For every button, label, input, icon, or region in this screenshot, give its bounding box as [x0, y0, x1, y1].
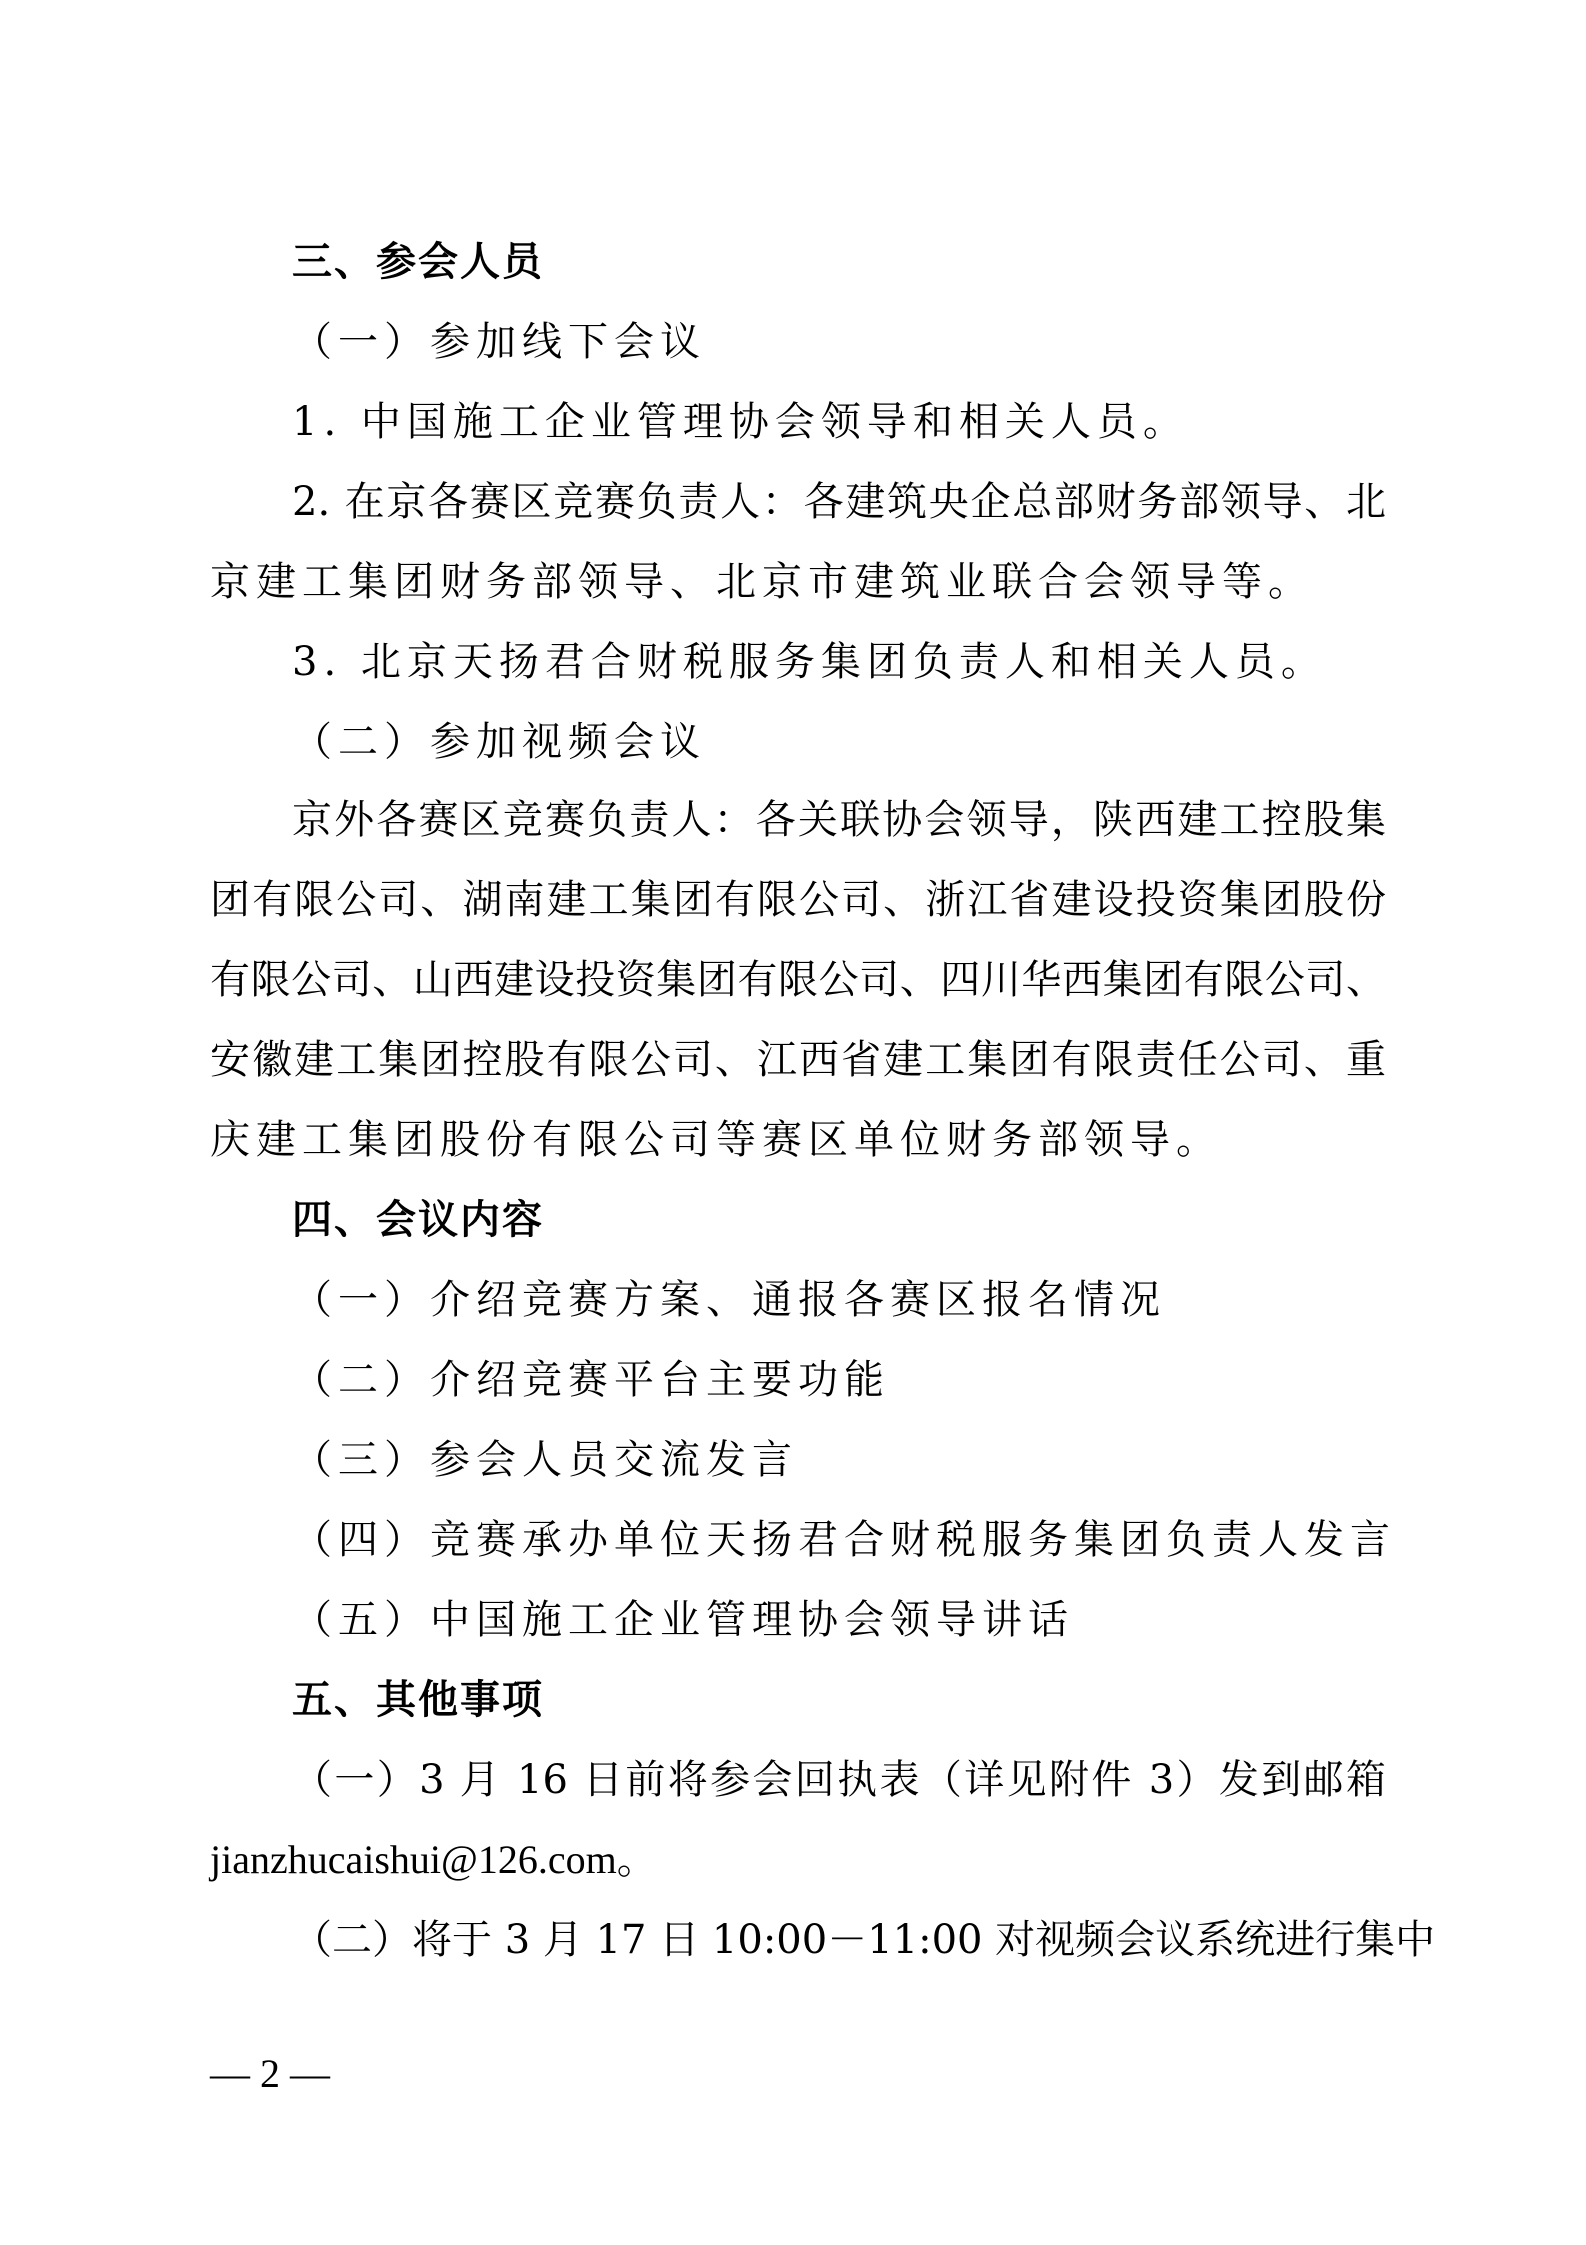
paragraph-offline-item-2: 2. 在京各赛区竞赛负责人：各建筑央企总部财务部领导、北 — [292, 478, 1386, 526]
paragraph-video-line-2: 团有限公司、湖南建工集团有限公司、浙江省建设投资集团股份 — [210, 876, 1386, 924]
section-heading-attendees: 三、参会人员 — [292, 238, 544, 286]
paragraph-other-line-1: （一）3 月 16 日前将参会回执表（详见附件 3）发到邮箱 — [292, 1756, 1386, 1804]
list-item-content-1: （一）介绍竞赛方案、通报各赛区报名情况 — [292, 1276, 1166, 1324]
subheading-offline-meeting: （一）参加线下会议 — [292, 318, 706, 366]
list-item-content-4: （四）竞赛承办单位天扬君合财税服务集团负责人发言 — [292, 1516, 1396, 1564]
paragraph-offline-item-1: 1. 中国施工企业管理协会领导和相关人员。 — [292, 398, 1189, 446]
document-page: 三、参会人员 （一）参加线下会议 1. 中国施工企业管理协会领导和相关人员。 2… — [0, 0, 1586, 2245]
list-item-content-2: （二）介绍竞赛平台主要功能 — [292, 1356, 890, 1404]
paragraph-video-line-4: 安徽建工集团控股有限公司、江西省建工集团有限责任公司、重 — [210, 1036, 1386, 1084]
email-address-text: jianzhucaishui@126.com。 — [210, 1836, 657, 1884]
paragraph-other-line-2: （二）将于 3 月 17 日 10:00－11:00 对视频会议系统进行集中 — [292, 1916, 1386, 1964]
section-heading-meeting-content: 四、会议内容 — [292, 1196, 544, 1244]
paragraph-offline-item-2-cont: 京建工集团财务部领导、北京市建筑业联合会领导等。 — [210, 558, 1314, 606]
page-number: — 2 — — [210, 2050, 330, 2098]
subheading-video-meeting: （二）参加视频会议 — [292, 718, 706, 766]
paragraph-offline-item-3: 3. 北京天扬君合财税服务集团负责人和相关人员。 — [292, 638, 1327, 686]
list-item-content-5: （五）中国施工企业管理协会领导讲话 — [292, 1596, 1074, 1644]
paragraph-video-line-1: 京外各赛区竞赛负责人：各关联协会领导，陕西建工控股集 — [292, 796, 1386, 844]
list-item-content-3: （三）参会人员交流发言 — [292, 1436, 798, 1484]
section-heading-other-matters: 五、其他事项 — [292, 1676, 544, 1724]
paragraph-video-line-3: 有限公司、山西建设投资集团有限公司、四川华西集团有限公司、 — [210, 956, 1386, 1004]
paragraph-video-line-5: 庆建工集团股份有限公司等赛区单位财务部领导。 — [210, 1116, 1222, 1164]
